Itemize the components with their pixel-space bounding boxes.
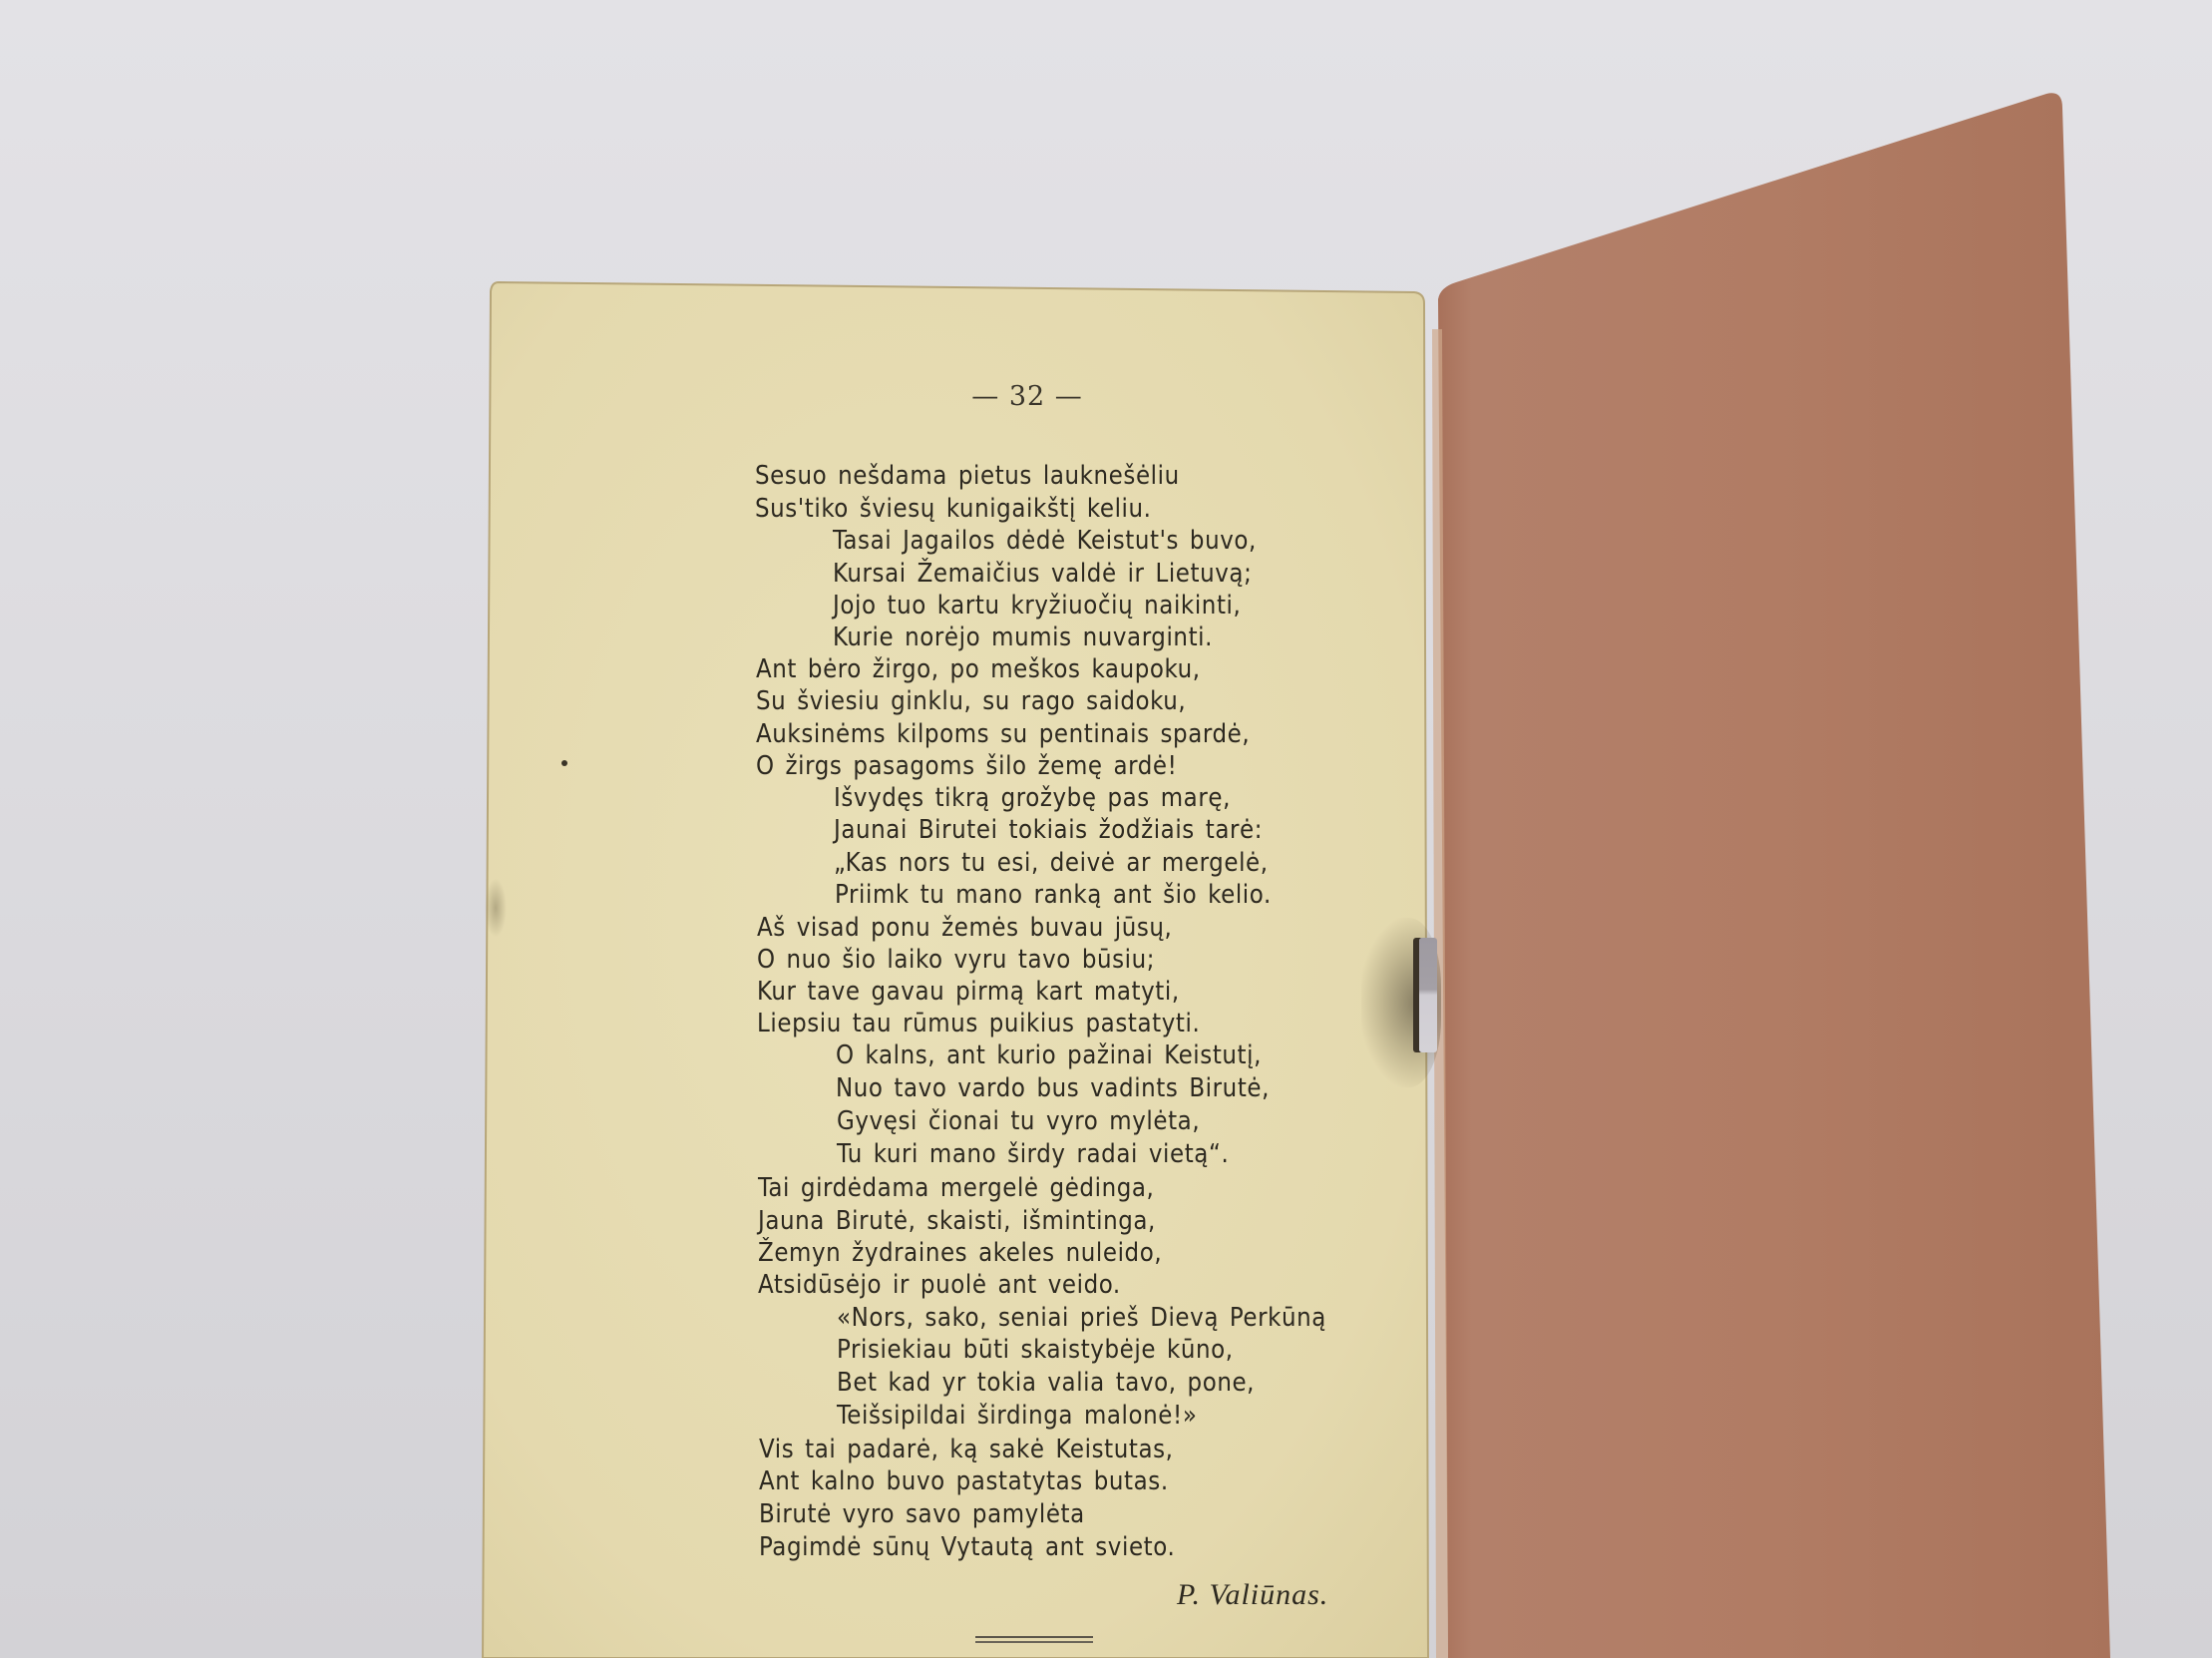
page-content: — 32 — Sesuo nešdama pietus lauknešėliu … bbox=[0, 0, 2212, 1658]
poem-line: Kurie norėjo mumis nuvarginti. bbox=[833, 622, 1213, 652]
poem-line: Priimk tu mano ranką ant šio kelio. bbox=[835, 880, 1272, 910]
poem-line: Atsidūsėjo ir puolė ant veido. bbox=[758, 1270, 1121, 1300]
poem-line: Kursai Žemaičius valdė ir Lietuvą; bbox=[833, 559, 1252, 589]
poem-line: Vis tai padarė, ką sakė Keistutas, bbox=[759, 1435, 1174, 1464]
photo-background: — 32 — Sesuo nešdama pietus lauknešėliu … bbox=[0, 0, 2212, 1658]
poem-line: „Kas nors tu esi, deivė ar mergelė, bbox=[834, 848, 1269, 878]
poem-line: O kalns, ant kurio pažinai Keistutį, bbox=[836, 1040, 1262, 1070]
poem-line: Tasai Jagailos dėdė Keistut's buvo, bbox=[833, 526, 1257, 556]
poem-line: Kur tave gavau pirmą kart matyti, bbox=[757, 977, 1180, 1007]
poem-line: Prisiekiau būti skaistybėje kūno, bbox=[837, 1335, 1234, 1365]
poem-line: Tu kuri mano širdy radai vietą“. bbox=[837, 1139, 1229, 1169]
poem-line: «Nors, sako, seniai prieš Dievą Perkūną bbox=[837, 1303, 1326, 1333]
poem-line: Tai girdėdama mergelė gėdinga, bbox=[758, 1173, 1154, 1203]
poem-line: O žirgs pasagoms šilo žemę ardė! bbox=[756, 751, 1177, 781]
poem-line: Nuo tavo vardo bus vadints Birutė, bbox=[836, 1073, 1270, 1103]
poem-line: Liepsiu tau rūmus puikius pastatyti. bbox=[757, 1009, 1200, 1038]
poem-line: Ant bėro žirgo, po meškos kaupoku, bbox=[756, 654, 1201, 684]
poem-line: Bet kad yr tokia valia tavo, pone, bbox=[837, 1368, 1255, 1398]
poem-line: Auksinėms kilpoms su pentinais spardė, bbox=[756, 719, 1250, 749]
poem-line: Jojo tuo kartu kryžiuočių naikinti, bbox=[833, 591, 1241, 621]
poem-line: Jaunai Birutei tokiais žodžiais tarė: bbox=[834, 815, 1263, 845]
poem-line: Aš visad ponu žemės buvau jūsų, bbox=[757, 913, 1172, 943]
poem-line: Gyvęsi čionai tu vyro mylėta, bbox=[837, 1106, 1200, 1136]
poem-line: Sesuo nešdama pietus lauknešėliu bbox=[755, 461, 1180, 491]
poem-line: Birutė vyro savo pamylėta bbox=[759, 1499, 1085, 1529]
poem-line: Sus'tiko šviesų kunigaikštį keliu. bbox=[755, 494, 1152, 524]
poem-line: Su šviesiu ginklu, su rago saidoku, bbox=[756, 686, 1186, 716]
poem-line: Jauna Birutė, skaisti, išmintinga, bbox=[758, 1206, 1156, 1236]
page-number: — 32 — bbox=[957, 381, 1097, 412]
author-signature: P. Valiūnas. bbox=[1177, 1578, 1328, 1612]
poem-line: Žemyn žydraines akeles nuleido, bbox=[758, 1238, 1162, 1268]
poem-line: Išvydęs tikrą grožybę pas marę, bbox=[834, 783, 1231, 813]
poem-line: Teišsipildai širdinga malonė!» bbox=[837, 1401, 1197, 1431]
poem-line: Pagimdė sūnų Vytautą ant svieto. bbox=[759, 1532, 1175, 1562]
poem-line: Ant kalno buvo pastatytas butas. bbox=[759, 1466, 1169, 1496]
double-rule-divider bbox=[975, 1636, 1093, 1643]
poem-line: O nuo šio laiko vyru tavo būsiu; bbox=[757, 945, 1155, 975]
